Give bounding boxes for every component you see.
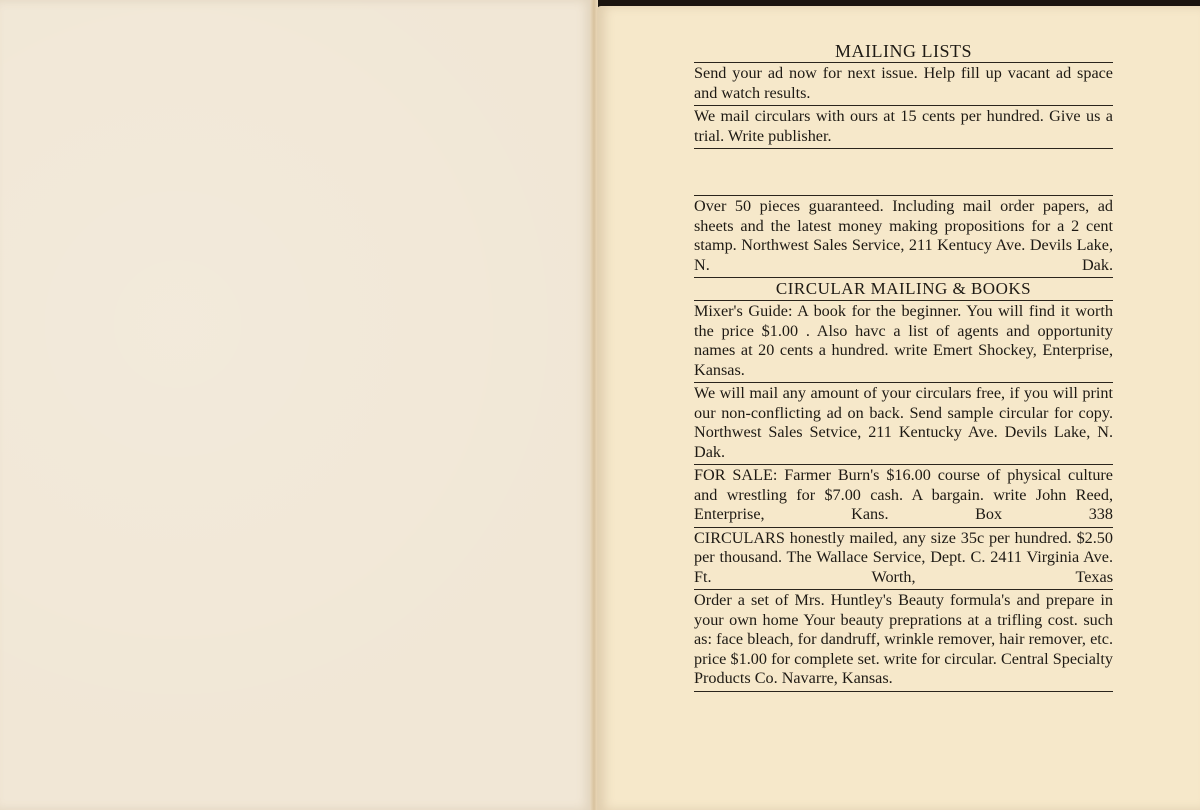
ad-mail-circulars-free: We will mail any amount of your circular…	[694, 383, 1113, 464]
left-page-blank	[0, 0, 592, 810]
blank-space	[694, 149, 1113, 195]
ad-send-your-ad: Send your ad now for next issue. Help fi…	[694, 63, 1113, 105]
section-heading-mailing-lists: MAILING LISTS	[694, 36, 1113, 62]
ad-mail-circulars: We mail circulars with ours at 15 cents …	[694, 106, 1113, 148]
right-page: MAILING LISTS Send your ad now for next …	[597, 6, 1200, 810]
ad-for-sale-farmer-burns: FOR SALE: Farmer Burn's $16.00 course of…	[694, 465, 1113, 527]
section-heading-circular-mailing-books: CIRCULAR MAILING & BOOKS	[694, 278, 1113, 300]
ad-circulars-honestly-mailed: CIRCULARS honestly mailed, any size 35c …	[694, 528, 1113, 590]
divider-rule	[694, 691, 1113, 692]
ad-mrs-huntleys-beauty: Order a set of Mrs. Huntley's Beauty for…	[694, 590, 1113, 691]
ad-over-50-pieces: Over 50 pieces guaranteed. Including mai…	[694, 196, 1113, 277]
ad-mixers-guide: Mixer's Guide: A book for the beginner. …	[694, 301, 1113, 382]
classified-column: MAILING LISTS Send your ad now for next …	[694, 36, 1113, 692]
